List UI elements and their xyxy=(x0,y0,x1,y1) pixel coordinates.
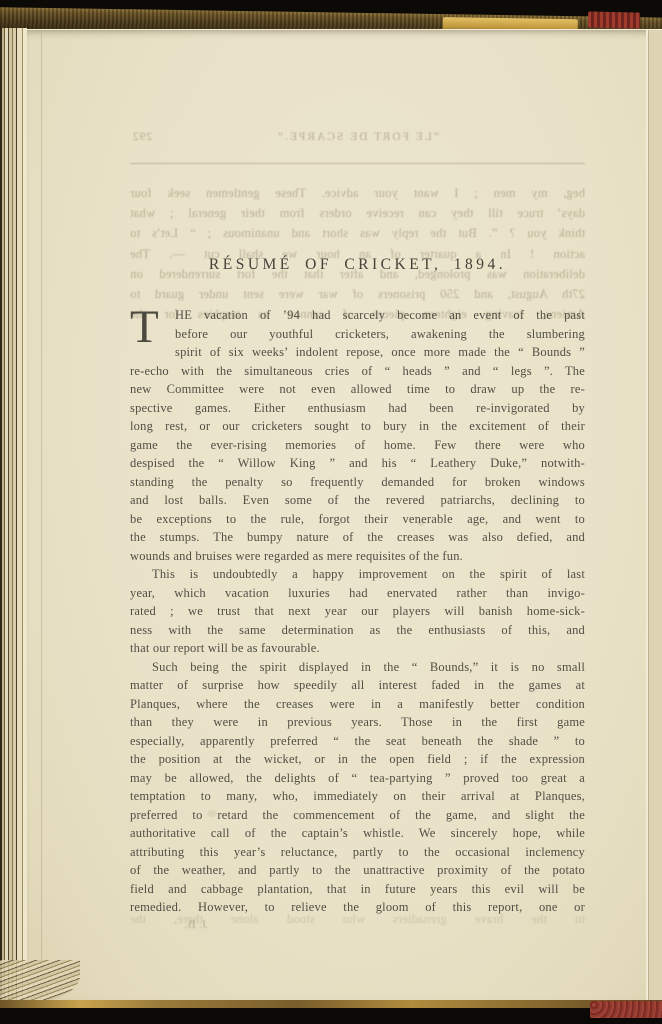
page-title: RÉSUMÉ OF CRICKET, 1894. xyxy=(130,253,585,277)
text-line: than they were in previous years. Those … xyxy=(130,713,585,732)
text-line: the stumps. The bumpy nature of the crea… xyxy=(130,528,585,547)
bleed-text-line: think you ? ”. But the reply was short a… xyxy=(130,223,585,243)
bleed-signature: J. B. xyxy=(184,917,207,932)
text-line: and lost balls. Even some of the revered… xyxy=(130,491,585,510)
text-line: wounds and bruises were regarded as mere… xyxy=(130,547,585,566)
text-line: Such being the spirit displayed in the “… xyxy=(130,658,585,677)
text-line: new Committee were not even allowed time… xyxy=(130,380,585,399)
text-line: standing the penalty so frequently deman… xyxy=(130,473,585,492)
book-scan: “LE FORT DE SCARPE.” 292 beg, my men ; I… xyxy=(0,0,662,1024)
bleed-text-line: beg, my men ; I want your advice. These … xyxy=(130,183,585,203)
bleed-running-header: “LE FORT DE SCARPE.” 292 xyxy=(130,131,585,147)
drop-cap: T xyxy=(130,307,168,344)
text-line: preferred to retard the commencement of … xyxy=(130,806,585,825)
text-line: HE vacation of ’94 had scarcely become a… xyxy=(175,306,585,325)
text-line: spirit of six weeks’ indolent repose, on… xyxy=(175,343,585,362)
text-line: This is undoubtedly a happy improvement … xyxy=(130,565,585,584)
right-page-edge xyxy=(646,30,662,1003)
paragraph-3: Such being the spirit displayed in the “… xyxy=(130,658,585,917)
page-crease xyxy=(41,30,43,1003)
text-line: the position at the wicket, or in the op… xyxy=(130,750,585,769)
bleed-text-line: days’ truce till they can receive orders… xyxy=(130,203,585,223)
text-line: long rest, or our cricketers sought to b… xyxy=(130,417,585,436)
text-line: matter of surprise how speedily all inte… xyxy=(130,676,585,695)
text-line: game the ever-rising memories of home. F… xyxy=(130,436,585,455)
headband xyxy=(588,11,640,28)
text-line: temptation to many, who, immediately on … xyxy=(130,787,585,806)
text-line: that our report will be as favourable. xyxy=(130,639,585,658)
text-line: rated ; we trust that next year our play… xyxy=(130,602,585,621)
page-edge-stripes xyxy=(0,28,27,1004)
marbled-cover-fragment xyxy=(590,1001,662,1018)
text-line: be exceptions to the rule, forgot their … xyxy=(130,510,585,529)
text-line: may be allowed, the delights of “ tea-pa… xyxy=(130,769,585,788)
bottom-backdrop xyxy=(0,1008,662,1024)
text-line: year, which vacation luxuries had enerva… xyxy=(130,584,585,603)
text-block: RÉSUMÉ OF CRICKET, 1894. THE vacation of… xyxy=(130,253,585,917)
text-line: field and cabbage plantation, that in fu… xyxy=(130,880,585,899)
text-line: of the weather, and partly to the unattr… xyxy=(130,861,585,880)
text-line: remedied. However, to relieve the gloom … xyxy=(130,898,585,917)
paragraph-1: THE vacation of ’94 had scarcely become … xyxy=(130,306,585,565)
text-line: before our youthful cricketers, awakenin… xyxy=(175,325,585,344)
text-line: attributing this year’s reluctance, part… xyxy=(130,843,585,862)
bleed-rule xyxy=(130,163,585,164)
text-line: ness with the same determination as the … xyxy=(130,621,585,640)
text-line: authoritative call of the captain’s whis… xyxy=(130,824,585,843)
bleed-page-number: 292 xyxy=(132,131,152,143)
text-line: re-echo with the simultaneous cries of “… xyxy=(130,362,585,381)
bleed-header-title: “LE FORT DE SCARPE.” xyxy=(276,131,439,143)
text-line: spective games. Either enthusiasm had be… xyxy=(130,399,585,418)
text-line: despised the “ Willow King ” and his “ L… xyxy=(130,454,585,473)
text-line: especially, apparently preferred “ the s… xyxy=(130,732,585,751)
text-line: Planques, where the creases were in a ma… xyxy=(130,695,585,714)
paragraph-2: This is undoubtedly a happy improvement … xyxy=(130,565,585,658)
